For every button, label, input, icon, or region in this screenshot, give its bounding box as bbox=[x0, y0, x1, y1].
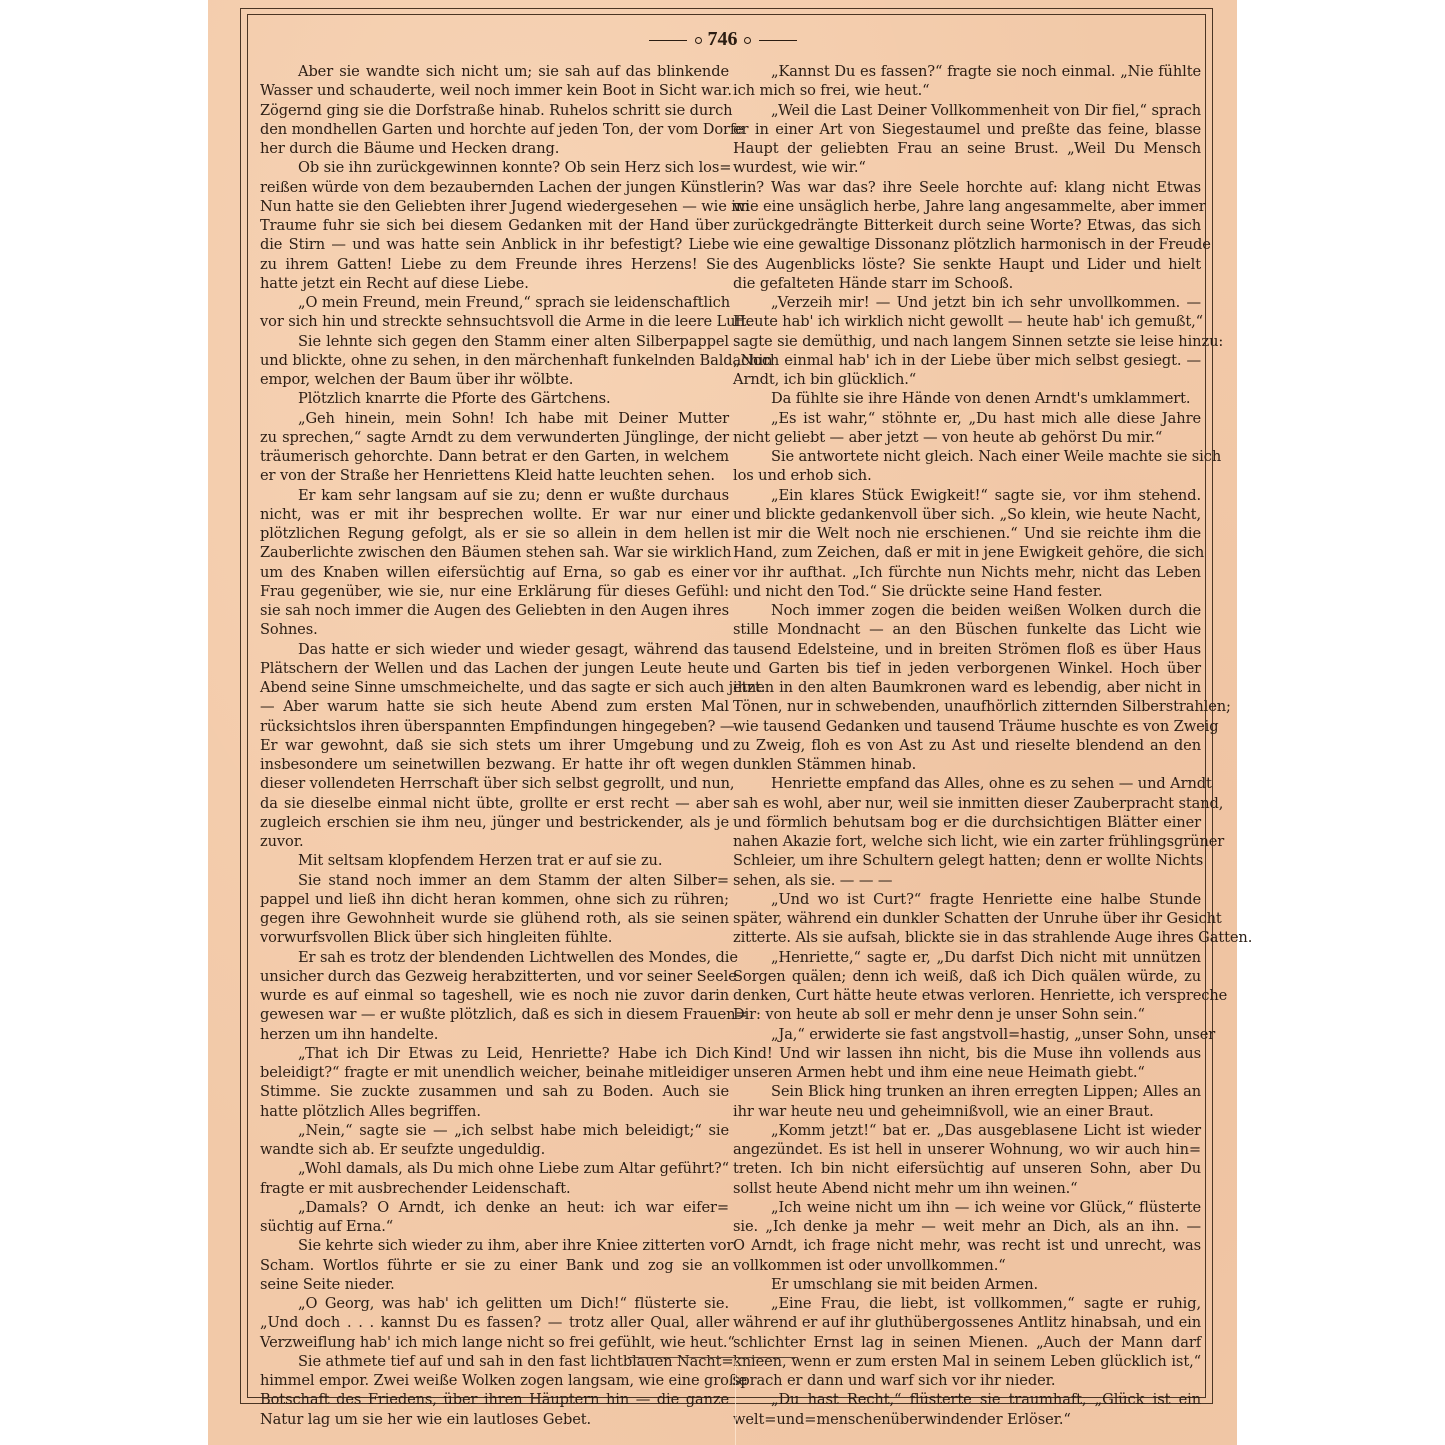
text-line: wurde es auf einmal so tageshell, wie es… bbox=[260, 986, 729, 1005]
ornament-rule-left bbox=[649, 40, 687, 41]
text-line: Da fühlte sie ihre Hände von denen Arndt… bbox=[733, 389, 1201, 408]
text-line: Schleier, um ihre Schultern gelegt hatte… bbox=[733, 851, 1201, 870]
text-line: denken, Curt hätte heute etwas verloren.… bbox=[733, 986, 1201, 1005]
text-line: Henriette empfand das Alles, ohne es zu … bbox=[733, 774, 1201, 793]
scanned-page: 746 Aber sie wandte sich nicht um; sie s… bbox=[208, 0, 1237, 1445]
text-line: Er war gewohnt, daß sie sich stets um ih… bbox=[260, 736, 729, 755]
text-line: ist mir die Welt noch nie erschienen.“ U… bbox=[733, 524, 1201, 543]
text-line: zu ihrem Gatten! Liebe zu dem Freunde ih… bbox=[260, 255, 729, 274]
text-line: Sie athmete tief auf und sah in den fast… bbox=[260, 1352, 729, 1371]
text-line: „Ja,“ erwiderte sie fast angstvoll=hasti… bbox=[733, 1025, 1201, 1044]
text-line: Zauberlichte zwischen den Bäumen stehen … bbox=[260, 543, 729, 562]
text-line: Haupt der geliebten Frau an seine Brust.… bbox=[733, 139, 1201, 158]
text-line: „Noch einmal hab' ich in der Liebe über … bbox=[733, 351, 1201, 370]
text-line: wurdest, wie wir.“ bbox=[733, 158, 1201, 177]
text-line: Verzweiflung hab' ich mich lange nicht s… bbox=[260, 1333, 729, 1352]
text-line: er von der Straße her Henriettens Kleid … bbox=[260, 466, 729, 485]
text-line: Nun hatte sie den Geliebten ihrer Jugend… bbox=[260, 197, 729, 216]
text-line: nicht, was er mit ihr besprechen wollte.… bbox=[260, 505, 729, 524]
text-line: den mondhellen Garten und horchte auf je… bbox=[260, 120, 729, 139]
text-column-left: Aber sie wandte sich nicht um; sie sah a… bbox=[260, 62, 729, 1429]
text-line: empor, welchen der Baum über ihr wölbte. bbox=[260, 370, 729, 389]
text-line: Sie kehrte sich wieder zu ihm, aber ihre… bbox=[260, 1236, 729, 1255]
text-line: vorwurfsvollen Blick über sich hingleite… bbox=[260, 928, 729, 947]
text-line: Noch immer zogen die beiden weißen Wolke… bbox=[733, 601, 1201, 620]
text-line: Mit seltsam klopfendem Herzen trat er au… bbox=[260, 851, 729, 870]
text-line: ich mich so frei, wie heut.“ bbox=[733, 81, 1201, 100]
text-line: sie. „Ich denke ja mehr — weit mehr an D… bbox=[733, 1217, 1201, 1236]
text-line: „That ich Dir Etwas zu Leid, Henriette? … bbox=[260, 1044, 729, 1063]
text-line: — Aber warum hatte sie sich heute Abend … bbox=[260, 697, 729, 716]
end-rule-divider bbox=[628, 1357, 798, 1358]
text-column-right: „Kannst Du es fassen?“ fragte sie noch e… bbox=[733, 62, 1201, 1429]
text-line: plötzlichen Regung gefolgt, als er sie s… bbox=[260, 524, 729, 543]
text-line: sollst heute Abend nicht mehr um ihn wei… bbox=[733, 1179, 1201, 1198]
text-line: um des Knaben willen eifersüchtig auf Er… bbox=[260, 563, 729, 582]
text-line: Er umschlang sie mit beiden Armen. bbox=[733, 1275, 1201, 1294]
text-line: reißen würde von dem bezaubernden Lachen… bbox=[260, 178, 729, 197]
text-line: „Eine Frau, die liebt, ist vollkommen,“ … bbox=[733, 1294, 1201, 1313]
text-line: Aber sie wandte sich nicht um; sie sah a… bbox=[260, 62, 729, 81]
ornament-ring-left-icon bbox=[695, 37, 702, 44]
text-line: rücksichtslos ihren überspannten Empfind… bbox=[260, 717, 729, 736]
text-line: Natur lag um sie her wie ein lautloses G… bbox=[260, 1410, 729, 1429]
ornament-ring-right-icon bbox=[744, 37, 751, 44]
text-line: wie eine gewaltige Dissonanz plötzlich h… bbox=[733, 235, 1201, 254]
text-line: unseren Armen hebt und ihm eine neue Hei… bbox=[733, 1063, 1201, 1082]
text-line: tausend Edelsteine, und in breiten Ström… bbox=[733, 640, 1201, 659]
text-line: hatte plötzlich Alles begriffen. bbox=[260, 1102, 729, 1121]
text-line: zitterte. Als sie aufsah, blickte sie in… bbox=[733, 928, 1201, 947]
text-line: zu Zweig, floh es von Ast zu Ast und rie… bbox=[733, 736, 1201, 755]
text-line: „Ich weine nicht um ihn — ich weine vor … bbox=[733, 1198, 1201, 1217]
text-line: Arndt, ich bin glücklich.“ bbox=[733, 370, 1201, 389]
text-line: herzen um ihn handelte. bbox=[260, 1025, 729, 1044]
text-line: hatte jetzt ein Recht auf diese Liebe. bbox=[260, 274, 729, 293]
text-line: „Es ist wahr,“ stöhnte er, „Du hast mich… bbox=[733, 409, 1201, 428]
ornament-rule-right bbox=[759, 40, 797, 41]
page-number-header: 746 bbox=[208, 28, 1237, 51]
text-line: und Garten bis tief in jeden verborgenen… bbox=[733, 659, 1201, 678]
text-line: „Nein,“ sagte sie — „ich selbst habe mic… bbox=[260, 1121, 729, 1140]
text-line: O Arndt, ich frage nicht mehr, was recht… bbox=[733, 1236, 1201, 1255]
text-line: sah es wohl, aber nur, weil sie inmitten… bbox=[733, 794, 1201, 813]
text-line: Abend seine Sinne umschmeichelte, und da… bbox=[260, 678, 729, 697]
text-line: gegen ihre Gewohnheit wurde sie glühend … bbox=[260, 909, 729, 928]
text-line: zugleich erschien sie ihm neu, jünger un… bbox=[260, 813, 729, 832]
text-line: „Kannst Du es fassen?“ fragte sie noch e… bbox=[733, 62, 1201, 81]
text-line: Stimme. Sie zuckte zusammen und sah zu B… bbox=[260, 1082, 729, 1101]
text-line: Zögernd ging sie die Dorfstraße hinab. R… bbox=[260, 101, 729, 120]
text-line: „Und wo ist Curt?“ fragte Henriette eine… bbox=[733, 890, 1201, 909]
text-line: träumerisch gehorchte. Dann betrat er de… bbox=[260, 447, 729, 466]
text-line: Er sah es trotz der blendenden Lichtwell… bbox=[260, 948, 729, 967]
text-line: während er auf ihr gluthübergossenes Ant… bbox=[733, 1313, 1201, 1332]
text-line: „Geh hinein, mein Sohn! Ich habe mit Dei… bbox=[260, 409, 729, 428]
text-line: dunklen Stämmen hinab. bbox=[733, 755, 1201, 774]
text-line: los und erhob sich. bbox=[733, 466, 1201, 485]
text-line: vollkommen ist oder unvollkommen.“ bbox=[733, 1256, 1201, 1275]
text-line: wandte sich ab. Er seufzte ungeduldig. bbox=[260, 1140, 729, 1159]
text-line: „Du hast Recht,“ flüsterte sie traumhaft… bbox=[733, 1390, 1201, 1409]
text-line: Traume fuhr sie sich bei diesem Gedanken… bbox=[260, 216, 729, 235]
text-line: Dir: von heute ab soll er mehr denn je u… bbox=[733, 1005, 1201, 1024]
text-line: des Augenblicks löste? Sie senkte Haupt … bbox=[733, 255, 1201, 274]
text-line: er in einer Art von Siegestaumel und pre… bbox=[733, 120, 1201, 139]
text-line: da sie dieselbe einmal nicht übte, groll… bbox=[260, 794, 729, 813]
text-line: vor ihr aufthat. „Ich fürchte nun Nichts… bbox=[733, 563, 1201, 582]
text-line: stille Mondnacht — an den Büschen funkel… bbox=[733, 620, 1201, 639]
text-line: Er kam sehr langsam auf sie zu; denn er … bbox=[260, 486, 729, 505]
text-line: sprach er dann und warf sich vor ihr nie… bbox=[733, 1371, 1201, 1390]
text-line: beleidigt?“ fragte er mit unendlich weic… bbox=[260, 1063, 729, 1082]
text-line: und blickte gedankenvoll über sich. „So … bbox=[733, 505, 1201, 524]
text-line: „Und doch . . . kannst Du es fassen? — t… bbox=[260, 1313, 729, 1332]
text-line: Frau gegenüber, wie sie, nur eine Erklär… bbox=[260, 582, 729, 601]
page-number: 746 bbox=[708, 28, 738, 50]
text-line: Heute hab' ich wirklich nicht gewollt — … bbox=[733, 312, 1201, 331]
text-line: wie eine unsäglich herbe, Jahre lang ang… bbox=[733, 197, 1201, 216]
text-line: pappel und ließ ihn dicht heran kommen, … bbox=[260, 890, 729, 909]
text-line: und nicht den Tod.“ Sie drückte seine Ha… bbox=[733, 582, 1201, 601]
text-line: Sein Blick hing trunken an ihren erregte… bbox=[733, 1082, 1201, 1101]
text-line: nicht geliebt — aber jetzt — von heute a… bbox=[733, 428, 1201, 447]
text-line: Wasser und schauderte, weil noch immer k… bbox=[260, 81, 729, 100]
text-line: insbesondere um seinetwillen bezwang. Er… bbox=[260, 755, 729, 774]
text-line: Das hatte er sich wieder und wieder gesa… bbox=[260, 640, 729, 659]
text-line: zuvor. bbox=[260, 832, 729, 851]
text-line: sagte sie demüthig, und nach langem Sinn… bbox=[733, 332, 1201, 351]
text-line: „O Georg, was hab' ich gelitten um Dich!… bbox=[260, 1294, 729, 1313]
text-line: dieser vollendeten Herrschaft über sich … bbox=[260, 774, 729, 793]
text-line: Sorgen quälen; denn ich weiß, daß ich Di… bbox=[733, 967, 1201, 986]
paper-fold-crease bbox=[735, 1360, 736, 1445]
text-line: „Ein klares Stück Ewigkeit!“ sagte sie, … bbox=[733, 486, 1201, 505]
text-line: angezündet. Es ist hell in unserer Wohnu… bbox=[733, 1140, 1201, 1159]
text-line: die gefalteten Hände starr im Schooß. bbox=[733, 274, 1201, 293]
text-line: „O mein Freund, mein Freund,“ sprach sie… bbox=[260, 293, 729, 312]
text-line: zu sprechen,“ sagte Arndt zu dem verwund… bbox=[260, 428, 729, 447]
text-line: Scham. Wortlos führte er sie zu einer Ba… bbox=[260, 1256, 729, 1275]
text-line: Kind! Und wir lassen ihn nicht, bis die … bbox=[733, 1044, 1201, 1063]
text-line: schlichter Ernst lag in seinen Mienen. „… bbox=[733, 1333, 1201, 1352]
text-line: welt=und=menschenüberwindender Erlöser.“ bbox=[733, 1410, 1201, 1429]
text-line: „Henriette,“ sagte er, „Du darfst Dich n… bbox=[733, 948, 1201, 967]
text-line: unsicher durch das Gezweig herabzitterte… bbox=[260, 967, 729, 986]
text-line: nahen Akazie fort, welche sich licht, wi… bbox=[733, 832, 1201, 851]
text-line: seine Seite nieder. bbox=[260, 1275, 729, 1294]
text-line: „Damals? O Arndt, ich denke an heut: ich… bbox=[260, 1198, 729, 1217]
text-line: sie sah noch immer die Augen des Geliebt… bbox=[260, 601, 729, 620]
text-line: „Verzeih mir! — Und jetzt bin ich sehr u… bbox=[733, 293, 1201, 312]
text-line: süchtig auf Erna.“ bbox=[260, 1217, 729, 1236]
text-line: himmel empor. Zwei weiße Wolken zogen la… bbox=[260, 1371, 729, 1390]
text-line: „Weil die Last Deiner Vollkommenheit von… bbox=[733, 101, 1201, 120]
text-line: und förmlich behutsam bog er die durchsi… bbox=[733, 813, 1201, 832]
text-line: „Komm jetzt!“ bat er. „Das ausgeblasene … bbox=[733, 1121, 1201, 1140]
text-line: Sie stand noch immer an dem Stamm der al… bbox=[260, 871, 729, 890]
text-line: Ob sie ihn zurückgewinnen konnte? Ob sei… bbox=[260, 158, 729, 177]
text-line: her durch die Bäume und Hecken drang. bbox=[260, 139, 729, 158]
text-line: Sohnes. bbox=[260, 620, 729, 639]
text-line: fragte er mit ausbrechender Leidenschaft… bbox=[260, 1179, 729, 1198]
text-line: gewesen war — er wußte plötzlich, daß es… bbox=[260, 1005, 729, 1024]
text-line: wie tausend Gedanken und tausend Träume … bbox=[733, 717, 1201, 736]
text-line: Plötzlich knarrte die Pforte des Gärtche… bbox=[260, 389, 729, 408]
text-line: Tönen, nur in schwebenden, unaufhörlich … bbox=[733, 697, 1201, 716]
text-line: treten. Ich bin nicht eifersüchtig auf u… bbox=[733, 1159, 1201, 1178]
text-line: Was war das? ihre Seele horchte auf: kla… bbox=[733, 178, 1201, 197]
text-line: Sie lehnte sich gegen den Stamm einer al… bbox=[260, 332, 729, 351]
text-line: „Wohl damals, als Du mich ohne Liebe zum… bbox=[260, 1159, 729, 1178]
text-line: knieen, wenn er zum ersten Mal in seinem… bbox=[733, 1352, 1201, 1371]
text-line: sehen, als sie. — — — bbox=[733, 871, 1201, 890]
text-line: Sie antwortete nicht gleich. Nach einer … bbox=[733, 447, 1201, 466]
text-line: Hand, zum Zeichen, daß er mit in jene Ew… bbox=[733, 543, 1201, 562]
text-line: ihr war heute neu und geheimnißvoll, wie… bbox=[733, 1102, 1201, 1121]
text-line: die Stirn — und was hatte sein Anblick i… bbox=[260, 235, 729, 254]
text-line: Plätschern der Wellen und das Lachen der… bbox=[260, 659, 729, 678]
text-line: zurückgedrängte Bitterkeit durch seine W… bbox=[733, 216, 1201, 235]
text-line: später, während ein dunkler Schatten der… bbox=[733, 909, 1201, 928]
text-line: vor sich hin und streckte sehnsuchtsvoll… bbox=[260, 312, 729, 331]
text-line: Botschaft des Friedens, über ihren Häupt… bbox=[260, 1390, 729, 1409]
text-line: und blickte, ohne zu sehen, in den märch… bbox=[260, 351, 729, 370]
text-line: ihnen in den alten Baumkronen ward es le… bbox=[733, 678, 1201, 697]
